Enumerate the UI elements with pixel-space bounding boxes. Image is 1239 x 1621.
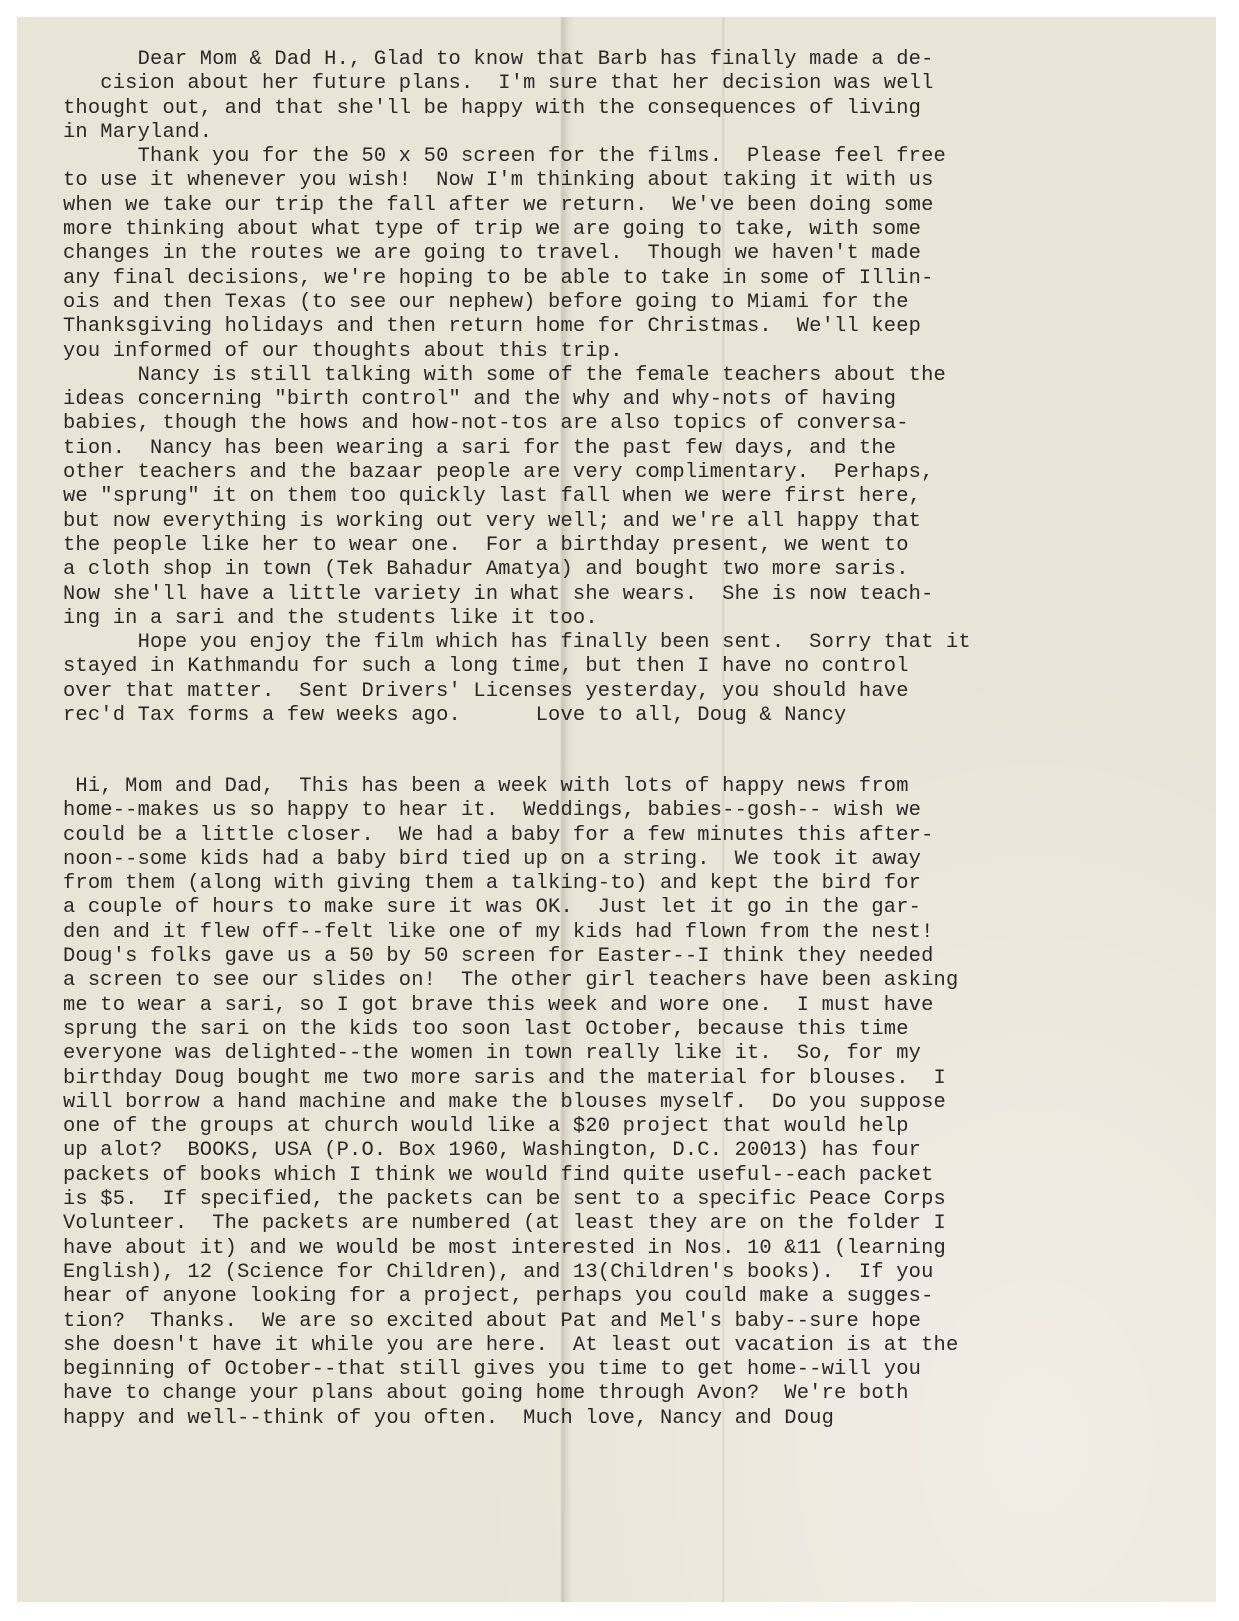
text-line: Thanksgiving holidays and then return ho… [63, 315, 971, 339]
text-line: Hi, Mom and Dad, This has been a week wi… [63, 775, 958, 799]
text-line: noon--some kids had a baby bird tied up … [63, 848, 958, 872]
text-line: to use it whenever you wish! Now I'm thi… [63, 169, 971, 193]
text-line: babies, though the hows and how-not-tos … [63, 412, 971, 436]
text-line: a cloth shop in town (Tek Bahadur Amatya… [63, 558, 971, 582]
text-line: a couple of hours to make sure it was OK… [63, 896, 958, 920]
letter-page: Dear Mom & Dad H., Glad to know that Bar… [17, 17, 1216, 1602]
text-line: we "sprung" it on them too quickly last … [63, 485, 971, 509]
text-line: home--makes us so happy to hear it. Wedd… [63, 799, 958, 823]
text-line: hear of anyone looking for a project, pe… [63, 1285, 958, 1309]
text-line: Nancy is still talking with some of the … [63, 364, 971, 388]
text-line: sprung the sari on the kids too soon las… [63, 1018, 958, 1042]
text-line: Now she'll have a little variety in what… [63, 583, 971, 607]
text-line: tion? Thanks. We are so excited about Pa… [63, 1310, 958, 1334]
text-line: could be a little closer. We had a baby … [63, 824, 958, 848]
text-line: will borrow a hand machine and make the … [63, 1091, 958, 1115]
text-line: Volunteer. The packets are numbered (at … [63, 1212, 958, 1236]
text-line: cision about her future plans. I'm sure … [63, 72, 971, 96]
text-line: is $5. If specified, the packets can be … [63, 1188, 958, 1212]
text-line: have about it) and we would be most inte… [63, 1237, 958, 1261]
text-line: from them (along with giving them a talk… [63, 872, 958, 896]
letter-from-nancy: Hi, Mom and Dad, This has been a week wi… [63, 775, 958, 1431]
text-line: ois and then Texas (to see our nephew) b… [63, 291, 971, 315]
text-line: have to change your plans about going ho… [63, 1382, 958, 1406]
text-line: she doesn't have it while you are here. … [63, 1334, 958, 1358]
text-line: in Maryland. [63, 121, 971, 145]
text-line: changes in the routes we are going to tr… [63, 242, 971, 266]
text-line: packets of books which I think we would … [63, 1164, 958, 1188]
text-line: when we take our trip the fall after we … [63, 194, 971, 218]
text-line: stayed in Kathmandu for such a long time… [63, 655, 971, 679]
text-line: rec'd Tax forms a few weeks ago. Love to… [63, 704, 971, 728]
text-line: any final decisions, we're hoping to be … [63, 267, 971, 291]
text-line: other teachers and the bazaar people are… [63, 461, 971, 485]
text-line: the people like her to wear one. For a b… [63, 534, 971, 558]
text-line: up alot? BOOKS, USA (P.O. Box 1960, Wash… [63, 1139, 958, 1163]
text-line: everyone was delighted--the women in tow… [63, 1042, 958, 1066]
text-line: tion. Nancy has been wearing a sari for … [63, 437, 971, 461]
text-line: ideas concerning "birth control" and the… [63, 388, 971, 412]
text-line: Hope you enjoy the film which has finall… [63, 631, 971, 655]
text-line: more thinking about what type of trip we… [63, 218, 971, 242]
text-line: a screen to see our slides on! The other… [63, 969, 958, 993]
text-line: over that matter. Sent Drivers' Licenses… [63, 680, 971, 704]
text-line: den and it flew off--felt like one of my… [63, 921, 958, 945]
text-line: birthday Doug bought me two more saris a… [63, 1067, 958, 1091]
text-line: Dear Mom & Dad H., Glad to know that Bar… [63, 48, 971, 72]
text-line: Thank you for the 50 x 50 screen for the… [63, 145, 971, 169]
text-line: ing in a sari and the students like it t… [63, 607, 971, 631]
text-line: you informed of our thoughts about this … [63, 340, 971, 364]
letter-from-doug: Dear Mom & Dad H., Glad to know that Bar… [63, 48, 971, 728]
text-line: one of the groups at church would like a… [63, 1115, 958, 1139]
text-line: me to wear a sari, so I got brave this w… [63, 994, 958, 1018]
text-line: happy and well--think of you often. Much… [63, 1407, 958, 1431]
text-line: thought out, and that she'll be happy wi… [63, 97, 971, 121]
text-line: English), 12 (Science for Children), and… [63, 1261, 958, 1285]
text-line: but now everything is working out very w… [63, 510, 971, 534]
text-line: beginning of October--that still gives y… [63, 1358, 958, 1382]
text-line: Doug's folks gave us a 50 by 50 screen f… [63, 945, 958, 969]
